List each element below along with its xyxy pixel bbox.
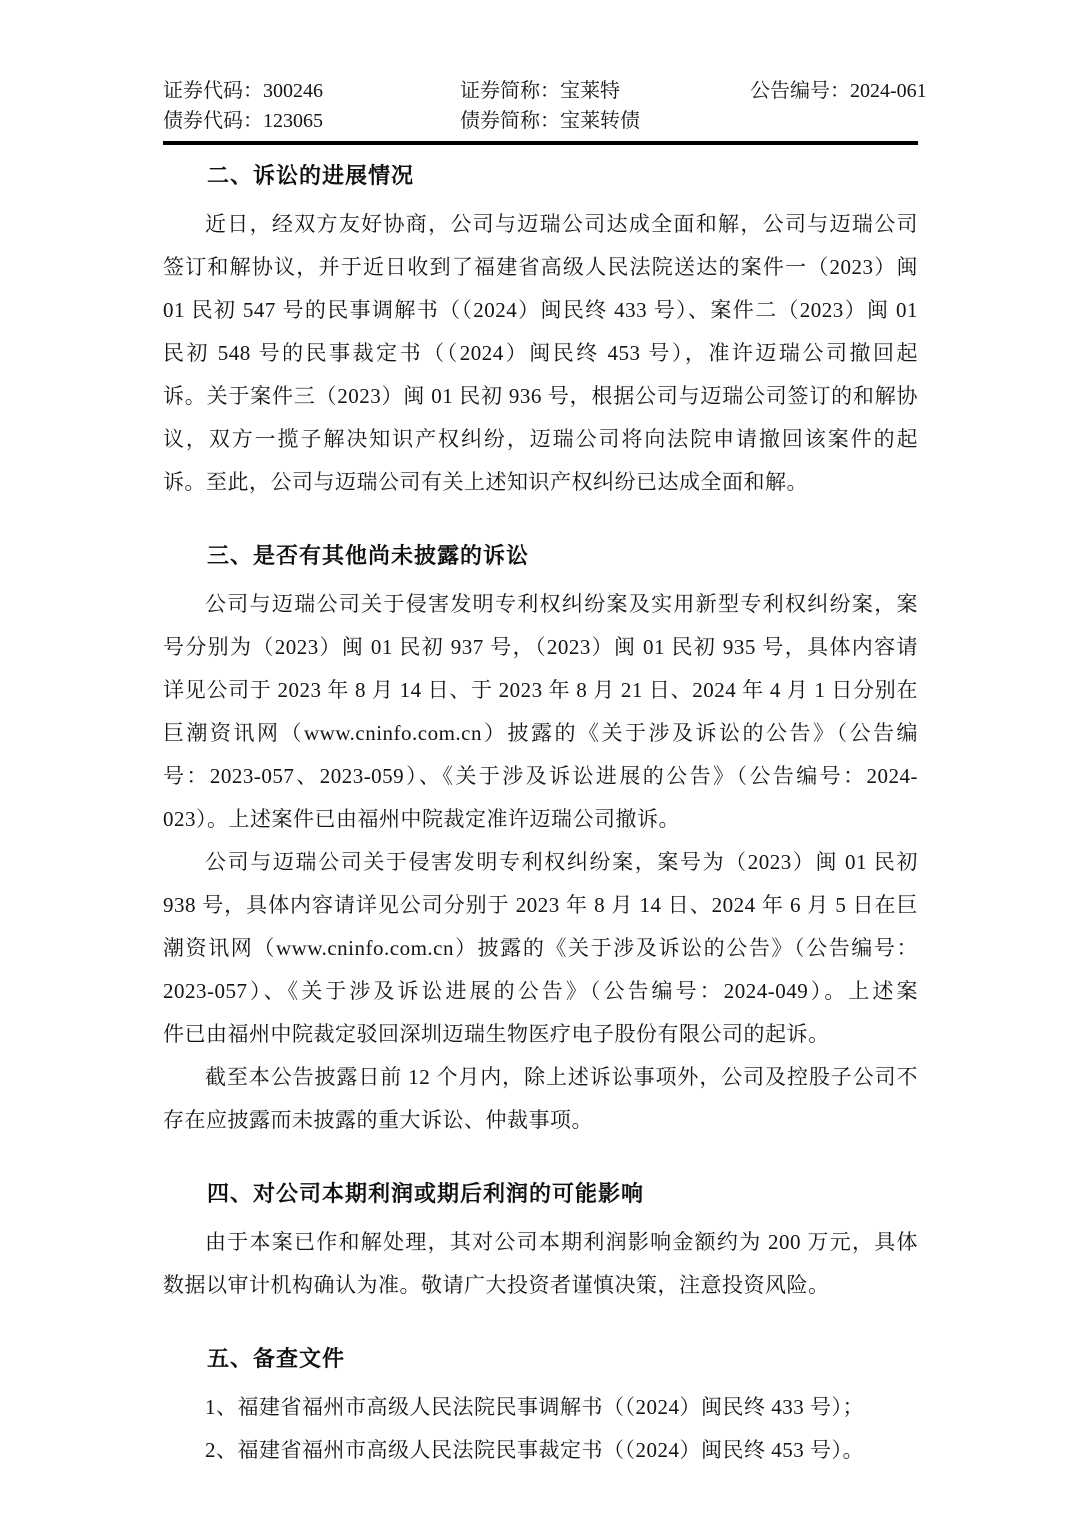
paragraph-line: 数据以审计机构确认为准。敬请广大投资者谨慎决策，注意投资风险。 (163, 1264, 918, 1307)
header-row-2: 债券代码：123065 债券简称：宝莱转债 (163, 106, 918, 136)
paragraph: 由于本案已作和解处理，其对公司本期利润影响金额约为 200 万元，具体数据以审计… (163, 1221, 918, 1307)
paragraph-line: 2023-057）、《关于涉及诉讼进展的公告》（公告编号：2024-049）。上… (163, 970, 918, 1013)
paragraph-line: 诉。至此，公司与迈瑞公司有关上述知识产权纠纷已达成全面和解。 (163, 461, 918, 504)
paragraph-line: 民初 548 号的民事裁定书（（2024）闽民终 453 号），准许迈瑞公司撤回… (163, 332, 918, 375)
paragraph-line: 1、福建省福州市高级人民法院民事调解书（（2024）闽民终 433 号）； (163, 1386, 918, 1429)
paragraph-line: 2、福建省福州市高级人民法院民事裁定书（（2024）闽民终 453 号）。 (163, 1429, 918, 1472)
bond-code: 债券代码：123065 (163, 106, 460, 136)
section-heading: 五、备查文件 (163, 1344, 918, 1374)
paragraph-line: 公司与迈瑞公司关于侵害发明专利权纠纷案，案号为（2023）闽 01 民初 (163, 841, 918, 884)
paragraph-line: 截至本公告披露日前 12 个月内，除上述诉讼事项外，公司及控股子公司不 (163, 1056, 918, 1099)
document-body: 二、诉讼的进展情况近日，经双方友好协商，公司与迈瑞公司达成全面和解，公司与迈瑞公… (163, 161, 918, 1472)
document-section: 五、备查文件1、福建省福州市高级人民法院民事调解书（（2024）闽民终 433 … (163, 1344, 918, 1472)
paragraph-line: 巨潮资讯网（www.cninfo.com.cn）披露的《关于涉及诉讼的公告》（公… (163, 712, 918, 755)
bond-name: 债券简称：宝莱转债 (460, 106, 750, 136)
paragraph-line: 诉。关于案件三（2023）闽 01 民初 936 号，根据公司与迈瑞公司签订的和… (163, 375, 918, 418)
paragraph: 近日，经双方友好协商，公司与迈瑞公司达成全面和解，公司与迈瑞公司签订和解协议，并… (163, 203, 918, 504)
paragraph-line: 签订和解协议，并于近日收到了福建省高级人民法院送达的案件一（2023）闽 (163, 246, 918, 289)
paragraph: 公司与迈瑞公司关于侵害发明专利权纠纷案，案号为（2023）闽 01 民初938 … (163, 841, 918, 1056)
document-section: 二、诉讼的进展情况近日，经双方友好协商，公司与迈瑞公司达成全面和解，公司与迈瑞公… (163, 161, 918, 504)
paragraph-line: 件已由福州中院裁定驳回深圳迈瑞生物医疗电子股份有限公司的起诉。 (163, 1013, 918, 1056)
header-row-2-spacer (750, 106, 918, 136)
paragraph: 2、福建省福州市高级人民法院民事裁定书（（2024）闽民终 453 号）。 (163, 1429, 918, 1472)
document-section: 四、对公司本期利润或期后利润的可能影响由于本案已作和解处理，其对公司本期利润影响… (163, 1179, 918, 1307)
section-heading: 二、诉讼的进展情况 (163, 161, 918, 191)
paragraph: 截至本公告披露日前 12 个月内，除上述诉讼事项外，公司及控股子公司不存在应披露… (163, 1056, 918, 1142)
paragraph-line: 023）。上述案件已由福州中院裁定准许迈瑞公司撤诉。 (163, 798, 918, 841)
paragraph-line: 01 民初 547 号的民事调解书（（2024）闽民终 433 号）、案件二（2… (163, 289, 918, 332)
paragraph-line: 存在应披露而未披露的重大诉讼、仲裁事项。 (163, 1099, 918, 1142)
security-code: 证券代码：300246 (163, 76, 460, 106)
announcement-number: 公告编号：2024-061 (750, 76, 927, 106)
section-heading: 三、是否有其他尚未披露的诉讼 (163, 541, 918, 571)
paragraph-line: 公司与迈瑞公司关于侵害发明专利权纠纷案及实用新型专利权纠纷案，案 (163, 583, 918, 626)
paragraph: 公司与迈瑞公司关于侵害发明专利权纠纷案及实用新型专利权纠纷案，案号分别为（202… (163, 583, 918, 841)
header-row-1: 证券代码：300246 证券简称：宝莱特 公告编号：2024-061 (163, 76, 918, 106)
paragraph-line: 号分别为（2023）闽 01 民初 937 号，（2023）闽 01 民初 93… (163, 626, 918, 669)
security-name: 证券简称：宝莱特 (460, 76, 750, 106)
document-section: 三、是否有其他尚未披露的诉讼公司与迈瑞公司关于侵害发明专利权纠纷案及实用新型专利… (163, 541, 918, 1142)
paragraph-line: 938 号，具体内容请详见公司分别于 2023 年 8 月 14 日、2024 … (163, 884, 918, 927)
paragraph-line: 号：2023-057、2023-059）、《关于涉及诉讼进展的公告》（公告编号：… (163, 755, 918, 798)
section-heading: 四、对公司本期利润或期后利润的可能影响 (163, 1179, 918, 1209)
paragraph-line: 近日，经双方友好协商，公司与迈瑞公司达成全面和解，公司与迈瑞公司 (163, 203, 918, 246)
announcement-page: 证券代码：300246 证券简称：宝莱特 公告编号：2024-061 债券代码：… (0, 0, 1080, 1532)
paragraph-line: 潮资讯网（www.cninfo.com.cn）披露的《关于涉及诉讼的公告》（公告… (163, 927, 918, 970)
document-header: 证券代码：300246 证券简称：宝莱特 公告编号：2024-061 债券代码：… (163, 76, 918, 145)
header-divider (163, 141, 918, 145)
paragraph-line: 议，双方一揽子解决知识产权纠纷，迈瑞公司将向法院申请撤回该案件的起 (163, 418, 918, 461)
paragraph-line: 详见公司于 2023 年 8 月 14 日、于 2023 年 8 月 21 日、… (163, 669, 918, 712)
paragraph: 1、福建省福州市高级人民法院民事调解书（（2024）闽民终 433 号）； (163, 1386, 918, 1429)
paragraph-line: 由于本案已作和解处理，其对公司本期利润影响金额约为 200 万元，具体 (163, 1221, 918, 1264)
